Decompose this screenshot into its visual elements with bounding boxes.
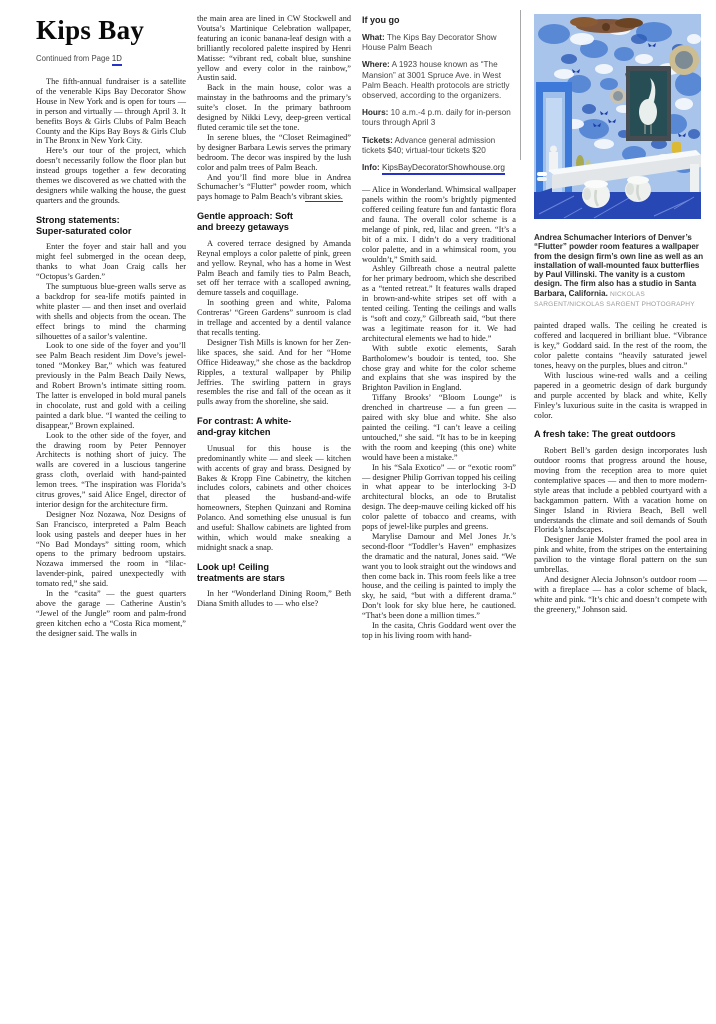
photo-caption-text: Andrea Schumacher Interiors of Denver’s … [534,233,703,298]
paragraph: In soothing green and white, Paloma Cont… [197,298,351,338]
article-column-3: If you go What: The Kips Bay Decorator S… [362,14,516,641]
paragraph: Designer Noz Nozawa, Noz Designs of San … [36,510,186,589]
paragraph: painted draped walls. The ceiling he cre… [534,321,707,371]
article-columns: Kips Bay Continued from Page 1D The fift… [36,14,707,641]
info-item: What: The Kips Bay Decorator Show House … [362,33,516,53]
info-item-label: Info: [362,163,380,172]
page-title: Kips Bay [36,16,186,44]
info-box-title: If you go [362,15,516,25]
paragraph: Tiffany Brooks’ “Bloom Lounge” is drench… [362,393,516,462]
article-column-2: the main area are lined in CW Stockwell … [197,14,351,641]
paragraph: Ashley Gilbreath chose a neutral palette… [362,264,516,343]
continued-from: Continued from Page 1D [36,54,186,63]
paragraph: In his “Sala Exotico” — or “exotic room”… [362,463,516,532]
paragraph: the main area are lined in CW Stockwell … [197,14,351,83]
info-box-items: What: The Kips Bay Decorator Show House … [362,33,516,173]
paragraph: In the “casita” — the guest quarters abo… [36,589,186,639]
info-box: If you go What: The Kips Bay Decorator S… [362,15,516,173]
paragraph: Look to the other side of the foyer, and… [36,431,186,510]
section-heading: Strong statements: Super-saturated color [36,215,186,237]
paragraph: The sumptuous blue-green walls serve as … [36,282,186,341]
section-heading: Look up! Ceiling treatments are stars [197,562,351,584]
article-column-1: Kips Bay Continued from Page 1D The fift… [36,14,186,641]
section-heading: A fresh take: The great outdoors [534,429,707,440]
inline-link[interactable]: brant skies. [305,192,343,202]
paragraph: In the casita, Chris Goddard went over t… [362,621,516,641]
paragraph: And you’ll find more blue in Andrea Schu… [197,173,351,203]
newspaper-page: Kips Bay Continued from Page 1D The fift… [0,0,716,1024]
paragraph: Marylise Damour and Mel Jones Jr.’s seco… [362,532,516,621]
paragraph: In her “Wonderland Dining Room,” Beth Di… [197,589,351,609]
photo [534,14,701,219]
paragraph: Designer Janie Molster framed the pool a… [534,535,707,575]
paragraph: In serene blues, the “Closet Reimagined”… [197,133,351,173]
info-item-label: What: [362,33,385,42]
paragraph: And designer Alecia Johnson’s outdoor ro… [534,575,707,615]
info-item: Tickets: Advance general admission ticke… [362,136,516,156]
powder-room-photo-art [534,14,701,219]
photo-caption: Andrea Schumacher Interiors of Denver’s … [534,233,707,309]
info-item-label: Hours: [362,108,388,117]
info-item-label: Tickets: [362,136,393,145]
section-heading: Gentle approach: Soft and breezy getaway… [197,211,351,233]
paragraph: Enter the foyer and stair hall and you m… [36,242,186,282]
continued-from-label: Continued from Page [36,54,112,63]
paragraph: Designer Tish Mills is known for her Zen… [197,338,351,407]
paragraph: A covered terrace designed by Amanda Rey… [197,239,351,298]
paragraph: Robert Bell’s garden design incorporates… [534,446,707,535]
paragraph: Back in the main house, color was a main… [197,83,351,133]
page-number-link[interactable]: 1D [112,54,122,66]
info-item: Info: KipsBayDecoratorShowhouse.org [362,163,516,173]
info-item: Hours: 10 a.m.-4 p.m. daily for in-perso… [362,108,516,128]
info-item: Where: A 1923 house known as “The Mansio… [362,60,516,101]
paragraph: — Alice in Wonderland. Whimsical wallpap… [362,185,516,264]
paragraph: Here’s our tour of the project, which do… [36,146,186,205]
info-link[interactable]: KipsBayDecoratorShowhouse.org [382,163,505,175]
paragraph: With luscious wine-red walls and a ceili… [534,371,707,421]
section-heading: For contrast: A white- and-gray kitchen [197,416,351,438]
info-item-label: Where: [362,60,390,69]
paragraph: With subtle exotic elements, Sarah Barth… [362,344,516,394]
paragraph: Look to one side of the foyer and you’ll… [36,341,186,430]
paragraph: The fifth-annual fundraiser is a satelli… [36,77,186,146]
paragraph: Unusual for this house is the predominan… [197,444,351,553]
article-column-4: Andrea Schumacher Interiors of Denver’s … [534,14,707,641]
